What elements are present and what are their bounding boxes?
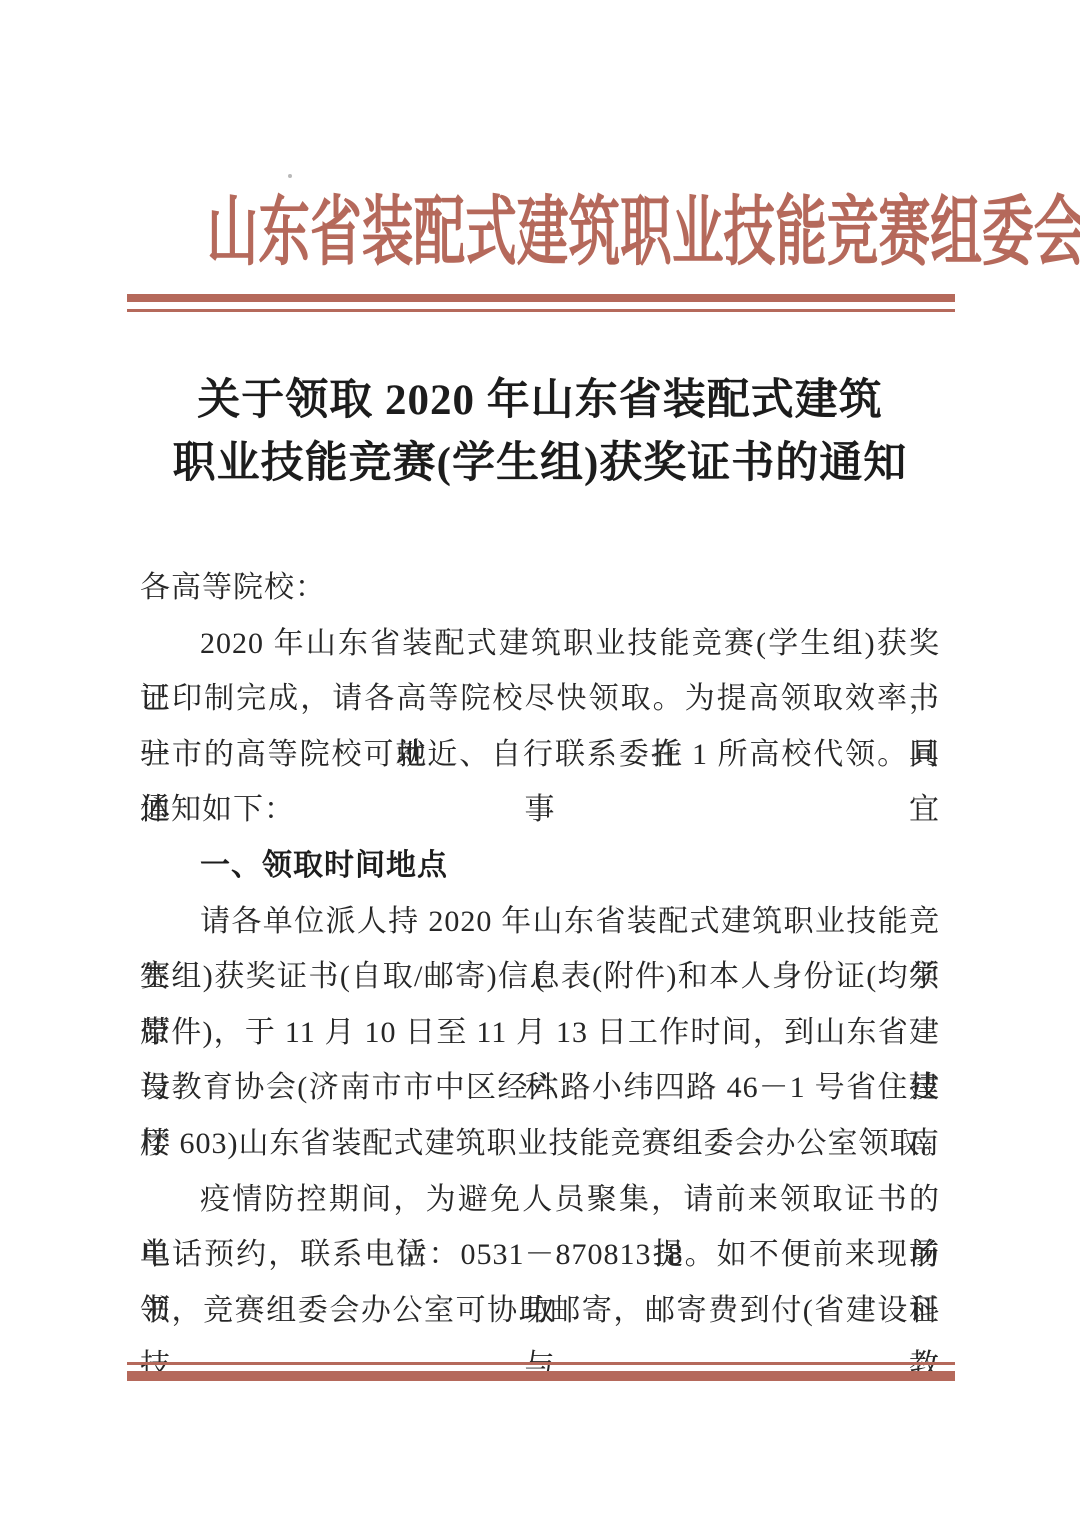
body-line: 与教育协会(济南市市中区经六路小纬四路 46－1 号省住建厅南 [140, 1060, 940, 1116]
document-body: 各高等院校： 2020 年山东省装配式建筑职业技能竞赛(学生组)获奖证书 已印制… [140, 560, 940, 1338]
document-title: 关于领取 2020 年山东省装配式建筑 职业技能竞赛(学生组)获奖证书的通知 [0, 369, 1080, 495]
header-rule-thick [127, 294, 955, 302]
header-rule-thin [127, 309, 955, 312]
document-title-line-2: 职业技能竞赛(学生组)获奖证书的通知 [0, 432, 1080, 495]
body-line: 电话预约，联系电话：0531－87081318。如不便前来现场领取证 [140, 1227, 940, 1283]
body-line: 2020 年山东省装配式建筑职业技能竞赛(学生组)获奖证书 [140, 616, 940, 672]
salutation: 各高等院校： [140, 560, 940, 616]
body-line: 请各单位派人持 2020 年山东省装配式建筑职业技能竞赛(学 [140, 894, 940, 950]
footer-rule-thick [127, 1371, 955, 1381]
letterhead: 山东省装配式建筑职业技能竞赛组委会 [0, 183, 1080, 283]
section-heading: 一、领取时间地点 [140, 838, 940, 894]
body-line: 原件)，于 11 月 10 日至 11 月 13 日工作时间，到山东省建设科技 [140, 1005, 940, 1061]
body-line: 生组)获奖证书(自取/邮寄)信息表(附件)和本人身份证(均须带 [140, 949, 940, 1005]
footer-rule-thin [127, 1362, 955, 1365]
body-line: 一市的高等院校可就近、自行联系委托 1 所高校代领。具体事宜 [140, 727, 940, 783]
body-line: 疫情防控期间，为避免人员聚集，请前来领取证书的单位提前 [140, 1172, 940, 1228]
organization-name: 山东省装配式建筑职业技能竞赛组委会 [207, 183, 1080, 283]
body-line: 已印制完成，请各高等院校尽快领取。为提高领取效率，驻地在同 [140, 671, 940, 727]
body-line: 书，竞赛组委会办公室可协助邮寄，邮寄费到付(省建设科技与教 [140, 1283, 940, 1339]
document-title-line-1: 关于领取 2020 年山东省装配式建筑 [0, 369, 1080, 432]
document-page: 山东省装配式建筑职业技能竞赛组委会 关于领取 2020 年山东省装配式建筑 职业… [0, 0, 1080, 1528]
scan-speck [288, 174, 292, 178]
body-line: 楼 603)山东省装配式建筑职业技能竞赛组委会办公室领取。 [140, 1116, 940, 1172]
